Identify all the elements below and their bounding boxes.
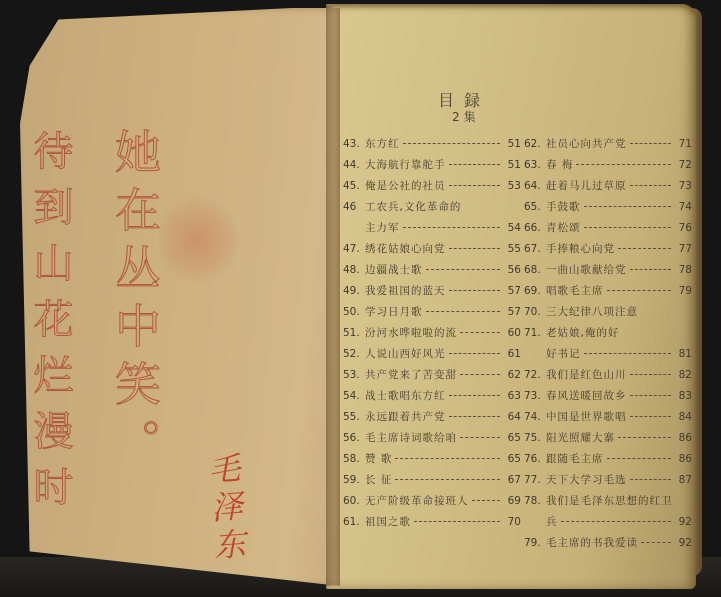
toc-entry-page: 69 <box>503 495 521 507</box>
toc-leader-dashes <box>630 416 672 417</box>
toc-entry: 49.我爱祖国的蓝天57 <box>343 283 521 304</box>
toc-entry-title: 战士歌唱东方红 <box>365 388 446 403</box>
toc-leader-dashes <box>584 227 672 228</box>
toc-entry-title: 东方红 <box>365 136 400 151</box>
toc-entry-number: 73. <box>524 390 546 402</box>
toc-entry: 66.青松颂76 <box>524 220 692 241</box>
toc-entry: 主力军54 <box>343 220 521 241</box>
toc-entry-title: 中国是世界歌唱 <box>546 409 627 424</box>
toc-entry: 46工农兵,文化革命的 <box>343 199 521 220</box>
toc-column-right: 62.社员心向共产党7163.春 梅7264.赶着马儿过草原7365.手鼓歌74… <box>524 136 692 556</box>
toc-entry: 70.三大纪律八项注意 <box>524 304 692 325</box>
toc-leader-dashes <box>618 248 671 249</box>
toc-entry-title: 毛主席诗词歌给咱 <box>365 430 457 445</box>
toc-entry-number: 69. <box>524 285 546 297</box>
toc-entry: 47.绣花姑娘心向党55 <box>343 241 521 262</box>
toc-entry-title: 俺是公社的社员 <box>365 178 446 193</box>
toc-entry-page: 87 <box>674 474 692 486</box>
toc-entry: 76.跟随毛主席86 <box>524 451 692 472</box>
toc-entry-number: 79. <box>524 537 546 549</box>
toc-entry-page: 86 <box>674 432 692 444</box>
toc-entry-page: 70 <box>503 516 521 528</box>
toc-entry: 63.春 梅72 <box>524 157 692 178</box>
toc-entry-page: 57 <box>503 285 521 297</box>
signature: 毛泽东 <box>198 451 252 568</box>
toc-entry-page: 65 <box>503 453 521 465</box>
toc-entry-page: 72 <box>674 159 692 171</box>
toc-entry: 43.东方红51 <box>343 136 521 157</box>
toc-entry-title: 汾河水哗啦啦的流 <box>365 325 457 340</box>
toc-entry: 67.手捧粮心向党77 <box>524 241 692 262</box>
toc-entry-number: 46 <box>343 201 365 213</box>
toc-entry-page: 56 <box>503 264 521 276</box>
toc-entry-page: 65 <box>503 432 521 444</box>
toc-leader-dashes <box>561 521 672 522</box>
toc-entry-number: 49. <box>343 285 365 297</box>
toc-entry: 61.祖国之歌70 <box>343 514 521 535</box>
toc-entry-title: 天下大学习毛选 <box>546 472 627 487</box>
toc-leader-dashes <box>630 185 672 186</box>
toc-entry: 58.赞 歌65 <box>343 451 521 472</box>
toc-entry-title: 共产党来了苦变甜 <box>365 367 457 382</box>
toc-entry-title: 一曲山歌献给党 <box>546 262 627 277</box>
toc-leader-dashes <box>460 374 500 375</box>
toc-entry: 兵92 <box>524 514 692 535</box>
toc-leader-dashes <box>449 185 501 186</box>
toc-entry-number: 68. <box>524 264 546 276</box>
toc-entry-title: 永远跟着共产党 <box>365 409 446 424</box>
toc-entry-number: 47. <box>343 243 365 255</box>
toc-entry-number: 61. <box>343 516 365 528</box>
toc-entry: 好书记81 <box>524 346 692 367</box>
toc-entry-number: 63. <box>524 159 546 171</box>
toc-entry-number: 74. <box>524 411 546 423</box>
toc-leader-dashes <box>630 374 672 375</box>
toc-entry-title: 学习日月歌 <box>365 304 423 319</box>
toc-entry: 45.俺是公社的社员53 <box>343 178 521 199</box>
toc-entry-title: 老姑娘,俺的好 <box>546 325 619 340</box>
toc-leader-dashes <box>426 311 501 312</box>
toc-leader-dashes <box>403 143 501 144</box>
toc-entry-title: 阳光照耀大寨 <box>546 430 615 445</box>
toc-entry-number: 50. <box>343 306 365 318</box>
toc-entry: 75.阳光照耀大寨86 <box>524 430 692 451</box>
toc-entry-number: 48. <box>343 264 365 276</box>
toc-entry: 72.我们是红色山川82 <box>524 367 692 388</box>
toc-entry-title: 主力军 <box>365 220 400 235</box>
toc-leader-dashes <box>630 395 672 396</box>
toc-entry-title: 边疆战士歌 <box>365 262 423 277</box>
toc-leader-dashes <box>641 542 671 543</box>
toc-entry-page: 54 <box>503 222 521 234</box>
toc-leader-dashes <box>449 164 501 165</box>
toc-entry-title: 祖国之歌 <box>365 514 411 529</box>
toc-entry-page: 76 <box>674 222 692 234</box>
toc-entry-page: 86 <box>674 453 692 465</box>
toc-entry: 55.永远跟着共产党64 <box>343 409 521 430</box>
toc-entry-page: 77 <box>674 243 692 255</box>
toc-leader-dashes <box>618 437 671 438</box>
toc-entry-title: 手鼓歌 <box>546 199 581 214</box>
toc-leader-dashes <box>584 353 672 354</box>
toc-entry: 62.社员心向共产党71 <box>524 136 692 157</box>
toc-leader-dashes <box>472 500 501 501</box>
toc-entry: 51.汾河水哗啦啦的流60 <box>343 325 521 346</box>
toc-entry: 78.我们是毛泽东思想的红卫 <box>524 493 692 514</box>
toc-entry-page: 67 <box>503 474 521 486</box>
toc-entry-number: 67. <box>524 243 546 255</box>
poem-line-2: 待到山花烂漫时 <box>30 130 70 522</box>
toc-entry-number: 45. <box>343 180 365 192</box>
toc-entry-number: 60. <box>343 495 365 507</box>
toc-entry: 74.中国是世界歌唱84 <box>524 409 692 430</box>
toc-entry-page: 55 <box>503 243 521 255</box>
toc-entry-page: 78 <box>674 264 692 276</box>
toc-leader-dashes <box>449 395 501 396</box>
toc-entry-title: 无产阶级革命接班人 <box>365 493 469 508</box>
toc-entry-page: 63 <box>503 390 521 402</box>
toc-entry: 52.人说山西好风光61 <box>343 346 521 367</box>
toc-entry-page: 64 <box>503 411 521 423</box>
toc-entry-number: 72. <box>524 369 546 381</box>
toc-entry-title: 毛主席的书我爱读 <box>546 535 638 550</box>
poem-line-1: 她在丛中笑。 <box>112 128 158 476</box>
toc-subtitle: 2集 <box>452 108 480 125</box>
toc-entry-title: 春 梅 <box>546 157 573 172</box>
toc-entry-number: 55. <box>343 411 365 423</box>
toc-leader-dashes <box>395 458 500 459</box>
toc-entry-title: 跟随毛主席 <box>546 451 604 466</box>
toc-entry-title: 好书记 <box>546 346 581 361</box>
toc-entry-number: 51. <box>343 327 365 339</box>
toc-leader-dashes <box>449 290 501 291</box>
toc-entry-number: 77. <box>524 474 546 486</box>
toc-entry-number: 52. <box>343 348 365 360</box>
toc-entry: 71.老姑娘,俺的好 <box>524 325 692 346</box>
toc-entry-page: 62 <box>503 369 521 381</box>
toc-leader-dashes <box>426 269 501 270</box>
toc-entry-page: 92 <box>674 537 692 549</box>
toc-entry-title: 我们是红色山川 <box>546 367 627 382</box>
toc-entry-title: 赶着马儿过草原 <box>546 178 627 193</box>
toc-entry-number: 62. <box>524 138 546 150</box>
toc-entry-title: 长 征 <box>365 472 392 487</box>
toc-entry-number: 78. <box>524 495 546 507</box>
toc-entry-title: 唱歌毛主席 <box>546 283 604 298</box>
notebook-photo: 她在丛中笑。 待到山花烂漫时 毛泽东 目録 2集 43.东方红5144.大海航行… <box>0 0 721 597</box>
toc-entry: 44.大海航行靠舵手51 <box>343 157 521 178</box>
toc-entry-number: 70. <box>524 306 546 318</box>
toc-entry-title: 工农兵,文化革命的 <box>365 199 461 214</box>
toc-entry-number: 53. <box>343 369 365 381</box>
toc-entry-page: 71 <box>674 138 692 150</box>
toc-entry-number: 65. <box>524 201 546 213</box>
toc-entry-title: 我爱祖国的蓝天 <box>365 283 446 298</box>
toc-entry-page: 92 <box>674 516 692 528</box>
toc-entry: 73.春风送暖回故乡83 <box>524 388 692 409</box>
toc-leader-dashes <box>630 143 672 144</box>
toc-entry: 68.一曲山歌献给党78 <box>524 262 692 283</box>
toc-entry-number: 43. <box>343 138 365 150</box>
toc-entry-number: 76. <box>524 453 546 465</box>
toc-leader-dashes <box>607 290 672 291</box>
toc-column-left: 43.东方红5144.大海航行靠舵手5145.俺是公社的社员5346工农兵,文化… <box>343 136 521 535</box>
toc-entry-page: 51 <box>503 138 521 150</box>
toc-entry-title: 我们是毛泽东思想的红卫 <box>546 493 673 508</box>
toc-entry-number: 66. <box>524 222 546 234</box>
toc-entry-title: 青松颂 <box>546 220 581 235</box>
toc-entry: 69.唱歌毛主席79 <box>524 283 692 304</box>
toc-entry-title: 赞 歌 <box>365 451 392 466</box>
toc-leader-dashes <box>584 206 672 207</box>
toc-entry-number: 59. <box>343 474 365 486</box>
toc-leader-dashes <box>630 269 672 270</box>
toc-entry-title: 社员心向共产党 <box>546 136 627 151</box>
toc-entry: 77.天下大学习毛选87 <box>524 472 692 493</box>
toc-entry-title: 兵 <box>546 514 558 529</box>
toc-leader-dashes <box>449 416 501 417</box>
red-ink-stain <box>158 190 238 290</box>
toc-entry-page: 51 <box>503 159 521 171</box>
toc-entry-number: 44. <box>343 159 365 171</box>
toc-entry-page: 79 <box>674 285 692 297</box>
toc-entry: 56.毛主席诗词歌给咱65 <box>343 430 521 451</box>
toc-entry-number: 56. <box>343 432 365 444</box>
toc-entry-page: 83 <box>674 390 692 402</box>
toc-leader-dashes <box>449 353 501 354</box>
toc-entry-page: 84 <box>674 411 692 423</box>
toc-leader-dashes <box>414 521 500 522</box>
toc-leader-dashes <box>576 164 671 165</box>
toc-entry-title: 手捧粮心向党 <box>546 241 615 256</box>
toc-entry-title: 人说山西好风光 <box>365 346 446 361</box>
toc-leader-dashes <box>460 332 500 333</box>
toc-entry-page: 81 <box>674 348 692 360</box>
toc-entry: 48.边疆战士歌56 <box>343 262 521 283</box>
toc-leader-dashes <box>630 479 672 480</box>
toc-entry: 50.学习日月歌57 <box>343 304 521 325</box>
toc-entry: 60.无产阶级革命接班人69 <box>343 493 521 514</box>
toc-entry-number: 64. <box>524 180 546 192</box>
toc-entry-page: 73 <box>674 180 692 192</box>
toc-entry: 64.赶着马儿过草原73 <box>524 178 692 199</box>
toc-entry-title: 三大纪律八项注意 <box>546 304 638 319</box>
toc-entry-page: 60 <box>503 327 521 339</box>
toc-entry: 65.手鼓歌74 <box>524 199 692 220</box>
toc-entry: 79.毛主席的书我爱读92 <box>524 535 692 556</box>
toc-entry-page: 61 <box>503 348 521 360</box>
toc-entry-title: 春风送暖回故乡 <box>546 388 627 403</box>
toc-entry-title: 大海航行靠舵手 <box>365 157 446 172</box>
toc-entry-page: 82 <box>674 369 692 381</box>
toc-leader-dashes <box>403 227 501 228</box>
toc-entry-number: 58. <box>343 453 365 465</box>
toc-entry: 53.共产党来了苦变甜62 <box>343 367 521 388</box>
toc-leader-dashes <box>607 458 672 459</box>
toc-entry-number: 71. <box>524 327 546 339</box>
toc-entry-page: 53 <box>503 180 521 192</box>
spine-shadow <box>326 6 336 586</box>
toc-leader-dashes <box>395 479 500 480</box>
toc-leader-dashes <box>460 437 500 438</box>
toc-entry-title: 绣花姑娘心向党 <box>365 241 446 256</box>
toc-entry-page: 74 <box>674 201 692 213</box>
toc-entry-page: 57 <box>503 306 521 318</box>
toc-entry-number: 75. <box>524 432 546 444</box>
toc-leader-dashes <box>449 248 501 249</box>
toc-entry: 59.长 征67 <box>343 472 521 493</box>
toc-entry-number: 54. <box>343 390 365 402</box>
toc-entry: 54.战士歌唱东方红63 <box>343 388 521 409</box>
